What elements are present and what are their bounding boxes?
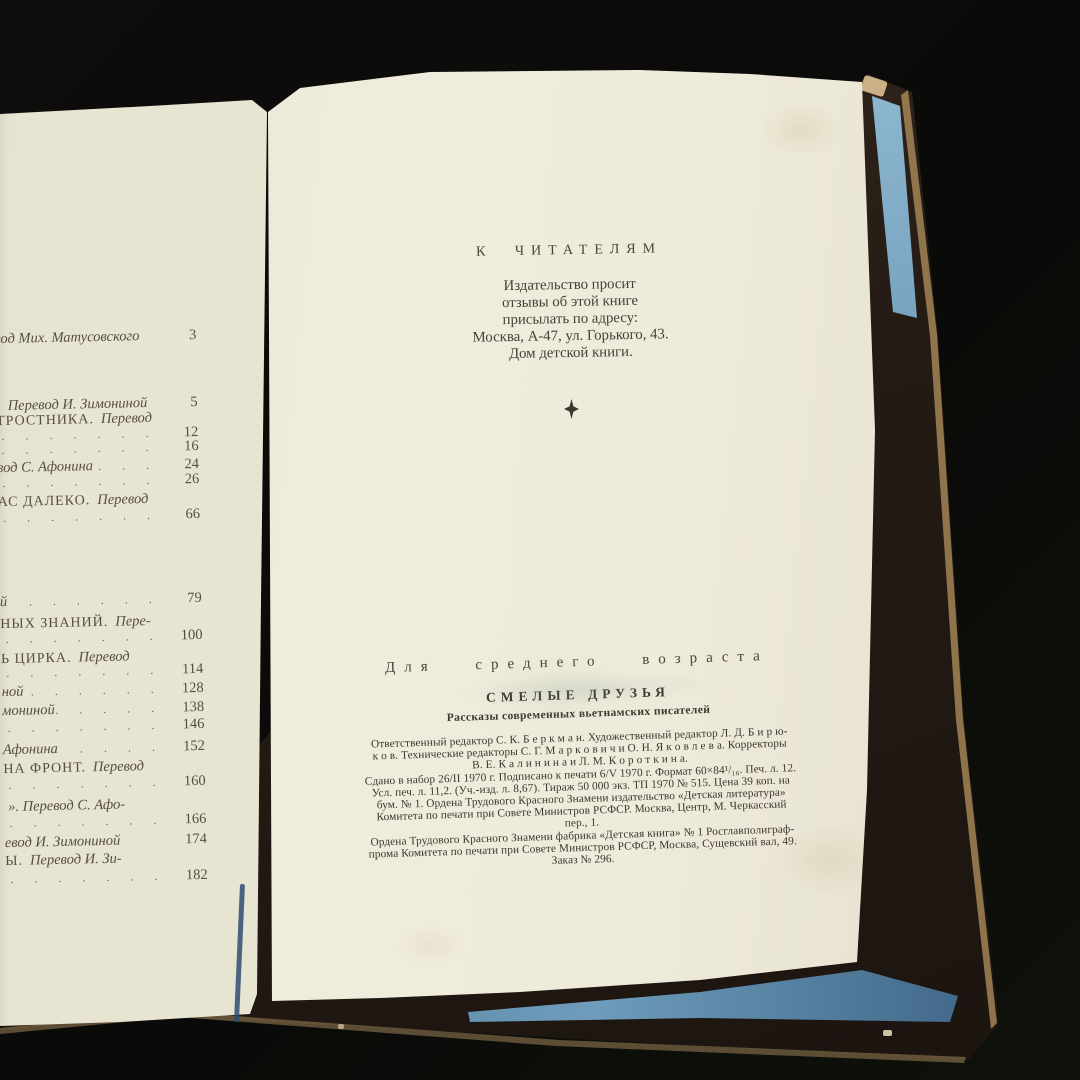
toc-dot-leader: . . . . . . . . . . . . . . . . . . . . … [0,629,166,647]
reader-note-lines: Издательство проситотзывы об этой книгеп… [425,274,716,364]
toc-page-number: 66 [164,506,204,524]
toc-row: . . . . . . . . . . . . . . . . . . . . … [1,661,207,681]
toc-row: . . . . . . . . . . . . . . . . . . . . … [0,471,203,491]
toc-dot-leader: . . . . . . . . . . . . . . . . . . . . … [58,740,169,757]
imprint-block: Для среднего возраста СМЕЛЫЕ ДРУЗЬЯ Расс… [277,645,883,876]
toc-page-number: 128 [168,680,208,698]
toc-page-number: 152 [169,738,209,756]
toc-row: . . . . . . . . . . . . . . . . . . . . … [4,773,210,793]
toc-translator-credit: евод И. Зимониной [5,833,121,852]
toc-row: . . . . . . . . . . . . . . . . . . . . … [0,506,204,526]
toc-translator-credit: мониной [2,702,55,720]
toc-page-number: 174 [171,831,211,849]
toc-dot-leader [122,862,172,863]
toc-dot-leader: . . . . . . . . . . . . . . . . . . . . … [1,663,167,681]
toc-row: Афонина. . . . . . . . . . . . . . . . .… [3,738,209,758]
cover-scuff [338,1024,344,1029]
toc-page-number: 100 [166,627,206,645]
reader-note-title: К ЧИТАТЕЛЯМ [424,240,714,261]
toc-page-number [162,421,202,422]
toc-dot-leader [125,808,170,809]
toc-dot-leader: . . . . . . . . . . . . . . . . . . . . … [0,473,164,491]
toc-page-number: 79 [166,590,206,608]
toc-dot-leader: . . . . . . . . . . . . . . . . . . . . … [6,869,172,887]
colophon-text: Ответственный редактор С. К. Б е р к м а… [279,723,883,876]
toc-dot-leader: . . . . . . . . . . . . . . . . . . . . … [4,813,170,831]
toc-row: вод Мих. Матусовского3 [0,327,200,347]
toc-dot-leader [144,770,169,771]
toc-page-number [171,861,211,862]
toc-rows: вод Мих. Матусовского3Перевод И. Зимонин… [0,0,216,1080]
reader-note-block: К ЧИТАТЕЛЯМ Издательство проситотзывы об… [424,240,716,364]
star-ornament-icon [564,399,579,419]
toc-row: Ы.Перевод И. Зи- [5,849,211,869]
toc-dot-leader: . . . . . . . . . . . . . . . . . . . . … [23,682,168,700]
toc-dot-leader: . . . . . . . . . . . . . . . . . . . . … [2,718,168,736]
toc-page-number: 146 [168,716,208,734]
toc-translator-credit: вод Мих. Матусовского [0,328,140,348]
toc-dot-leader: . . . . . . . . . . . . . . . . . . . . … [55,701,169,718]
toc-row: й. . . . . . . . . . . . . . . . . . . .… [0,590,206,610]
toc-entry-title-fragment: Ы. [5,854,23,870]
toc-row: . . . . . . . . . . . . . . . . . . . . … [4,811,210,831]
toc-page-number: 138 [168,699,208,717]
toc-page-number [167,659,207,660]
toc-dot-leader [120,844,171,845]
toc-row: евод И. Зимониной174 [5,831,211,851]
toc-page-number [166,624,206,625]
toc-page-number [169,769,209,770]
toc-page-number [164,502,204,503]
toc-dot-leader: . . . . . . . . . . . . . . . . . . . . … [7,592,166,610]
toc-dot-leader: . . . . . . . . . . . . . . . . . . . . … [0,508,164,526]
toc-translator-credit: Перевод И. Зи- [30,851,122,870]
toc-row: . . . . . . . . . . . . . . . . . . . . … [5,867,211,887]
text-line: Дом детской книги. [426,342,716,364]
toc-row: . . . . . . . . . . . . . . . . . . . . … [2,716,208,736]
toc-row: . . . . . . . . . . . . . . . . . . . . … [0,627,206,647]
toc-translator-credit: Афонина [3,741,58,759]
toc-page-number: 160 [169,773,209,791]
toc-dot-leader: . . . . . . . . . . . . . . . . . . . . … [4,775,170,793]
toc-page-number [170,807,210,808]
toc-page-number: 114 [167,661,207,679]
toc-row: . . . . . . . . . . . . . . . . . . . . … [0,438,203,458]
toc-page-number: 182 [171,867,211,885]
toc-page-number: 3 [160,327,200,345]
toc-dot-leader: . . . . . . . . . . . . . . . . . . . . … [0,440,163,458]
cover-scuff [883,1030,892,1036]
toc-row: ной. . . . . . . . . . . . . . . . . . .… [2,680,208,700]
toc-page-number: 26 [163,471,203,489]
toc-page-number: 16 [162,438,202,456]
book-photo-scene: вод Мих. Матусовского3Перевод И. Зимонин… [0,0,1080,1080]
toc-page-number: 166 [170,811,210,829]
toc-translator-credit: ной [2,684,24,701]
toc-dot-leader [130,660,167,661]
